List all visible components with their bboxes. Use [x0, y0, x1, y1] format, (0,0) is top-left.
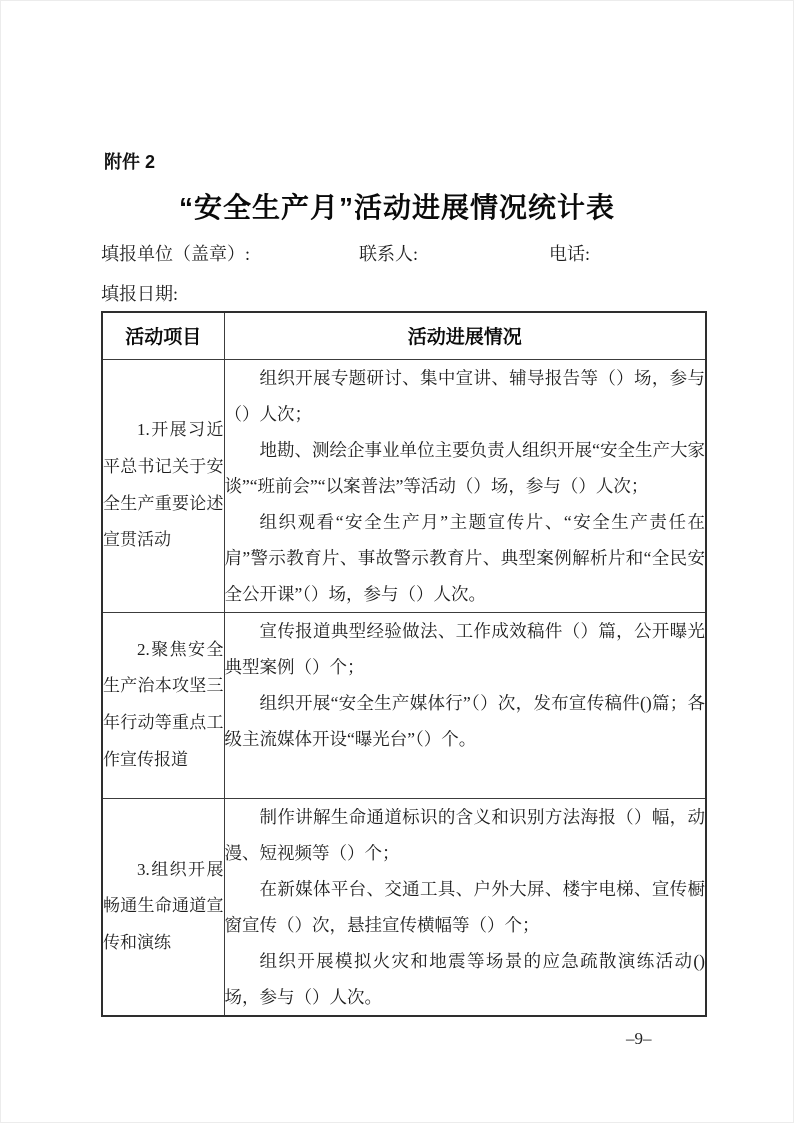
column-header-activity-item: 活动项目: [102, 312, 224, 359]
activity-item-cell: 3.组织开展畅通生命通道宣传和演练: [102, 798, 224, 1016]
column-header-activity-progress: 活动进展情况: [224, 312, 706, 359]
progress-table-wrapper: 活动项目 活动进展情况 1.开展习近平总书记关于安全生产重要论述宣贯活动 组织开…: [101, 311, 707, 1017]
progress-paragraph: 组织观看“安全生产月”主题宣传片、“安全生产责任在肩”警示教育片、事故警示教育片…: [225, 504, 706, 612]
activity-progress-cell: 制作讲解生命通道标识的含义和识别方法海报（）幅，动漫、短视频等（）个； 在新媒体…: [224, 798, 706, 1016]
activity-item-cell: 1.开展习近平总书记关于安全生产重要论述宣贯活动: [102, 359, 224, 612]
progress-paragraph: 组织开展专题研讨、集中宣讲、辅导报告等（）场，参与（）人次；: [225, 360, 706, 432]
table-row: 3.组织开展畅通生命通道宣传和演练 制作讲解生命通道标识的含义和识别方法海报（）…: [102, 798, 706, 1016]
activity-progress-cell: 组织开展专题研讨、集中宣讲、辅导报告等（）场，参与（）人次； 地勘、测绘企事业单…: [224, 359, 706, 612]
progress-paragraph: 在新媒体平台、交通工具、户外大屏、楼宇电梯、宣传橱窗宣传（）次，悬挂宣传横幅等（…: [225, 871, 706, 943]
table-row: 2.聚焦安全生产治本攻坚三年行动等重点工作宣传报道 宣传报道典型经验做法、工作成…: [102, 612, 706, 798]
report-info-line: 填报单位（盖章）: 联系人: 电话:: [101, 240, 704, 266]
progress-paragraph: 地勘、测绘企事业单位主要负责人组织开展“安全生产大家谈”“班前会”“以案普法”等…: [225, 432, 706, 504]
progress-paragraph: 宣传报道典型经验做法、工作成效稿件（）篇，公开曝光典型案例（）个；: [225, 613, 706, 685]
contact-person-label: 联系人:: [359, 240, 549, 266]
attachment-label: 附件 2: [104, 148, 155, 174]
progress-paragraph: 组织开展“安全生产媒体行”（）次，发布宣传稿件()篇；各级主流媒体开设“曝光台”…: [225, 685, 706, 757]
page-number: –9–: [626, 1029, 652, 1049]
activity-item-text: 1.开展习近平总书记关于安全生产重要论述宣贯活动: [103, 412, 224, 558]
table-header-row: 活动项目 活动进展情况: [102, 312, 706, 359]
reporting-unit-label: 填报单位（盖章）:: [101, 240, 359, 266]
table-row: 1.开展习近平总书记关于安全生产重要论述宣贯活动 组织开展专题研讨、集中宣讲、辅…: [102, 359, 706, 612]
activity-item-text: 3.组织开展畅通生命通道宣传和演练: [103, 852, 224, 962]
document-page: 附件 2 “安全生产月”活动进展情况统计表 填报单位（盖章）: 联系人: 电话:…: [0, 0, 794, 1123]
activity-item-text: 2.聚焦安全生产治本攻坚三年行动等重点工作宣传报道: [103, 632, 224, 778]
progress-paragraph: 制作讲解生命通道标识的含义和识别方法海报（）幅，动漫、短视频等（）个；: [225, 799, 706, 871]
progress-paragraph: 组织开展模拟火灾和地震等场景的应急疏散演练活动()场，参与（）人次。: [225, 943, 706, 1015]
report-date-label: 填报日期:: [101, 280, 178, 306]
page-title: “安全生产月”活动进展情况统计表: [1, 186, 793, 226]
activity-progress-cell: 宣传报道典型经验做法、工作成效稿件（）篇，公开曝光典型案例（）个； 组织开展“安…: [224, 612, 706, 798]
phone-label: 电话:: [549, 240, 704, 266]
activity-item-cell: 2.聚焦安全生产治本攻坚三年行动等重点工作宣传报道: [102, 612, 224, 798]
progress-table: 活动项目 活动进展情况 1.开展习近平总书记关于安全生产重要论述宣贯活动 组织开…: [101, 311, 707, 1017]
